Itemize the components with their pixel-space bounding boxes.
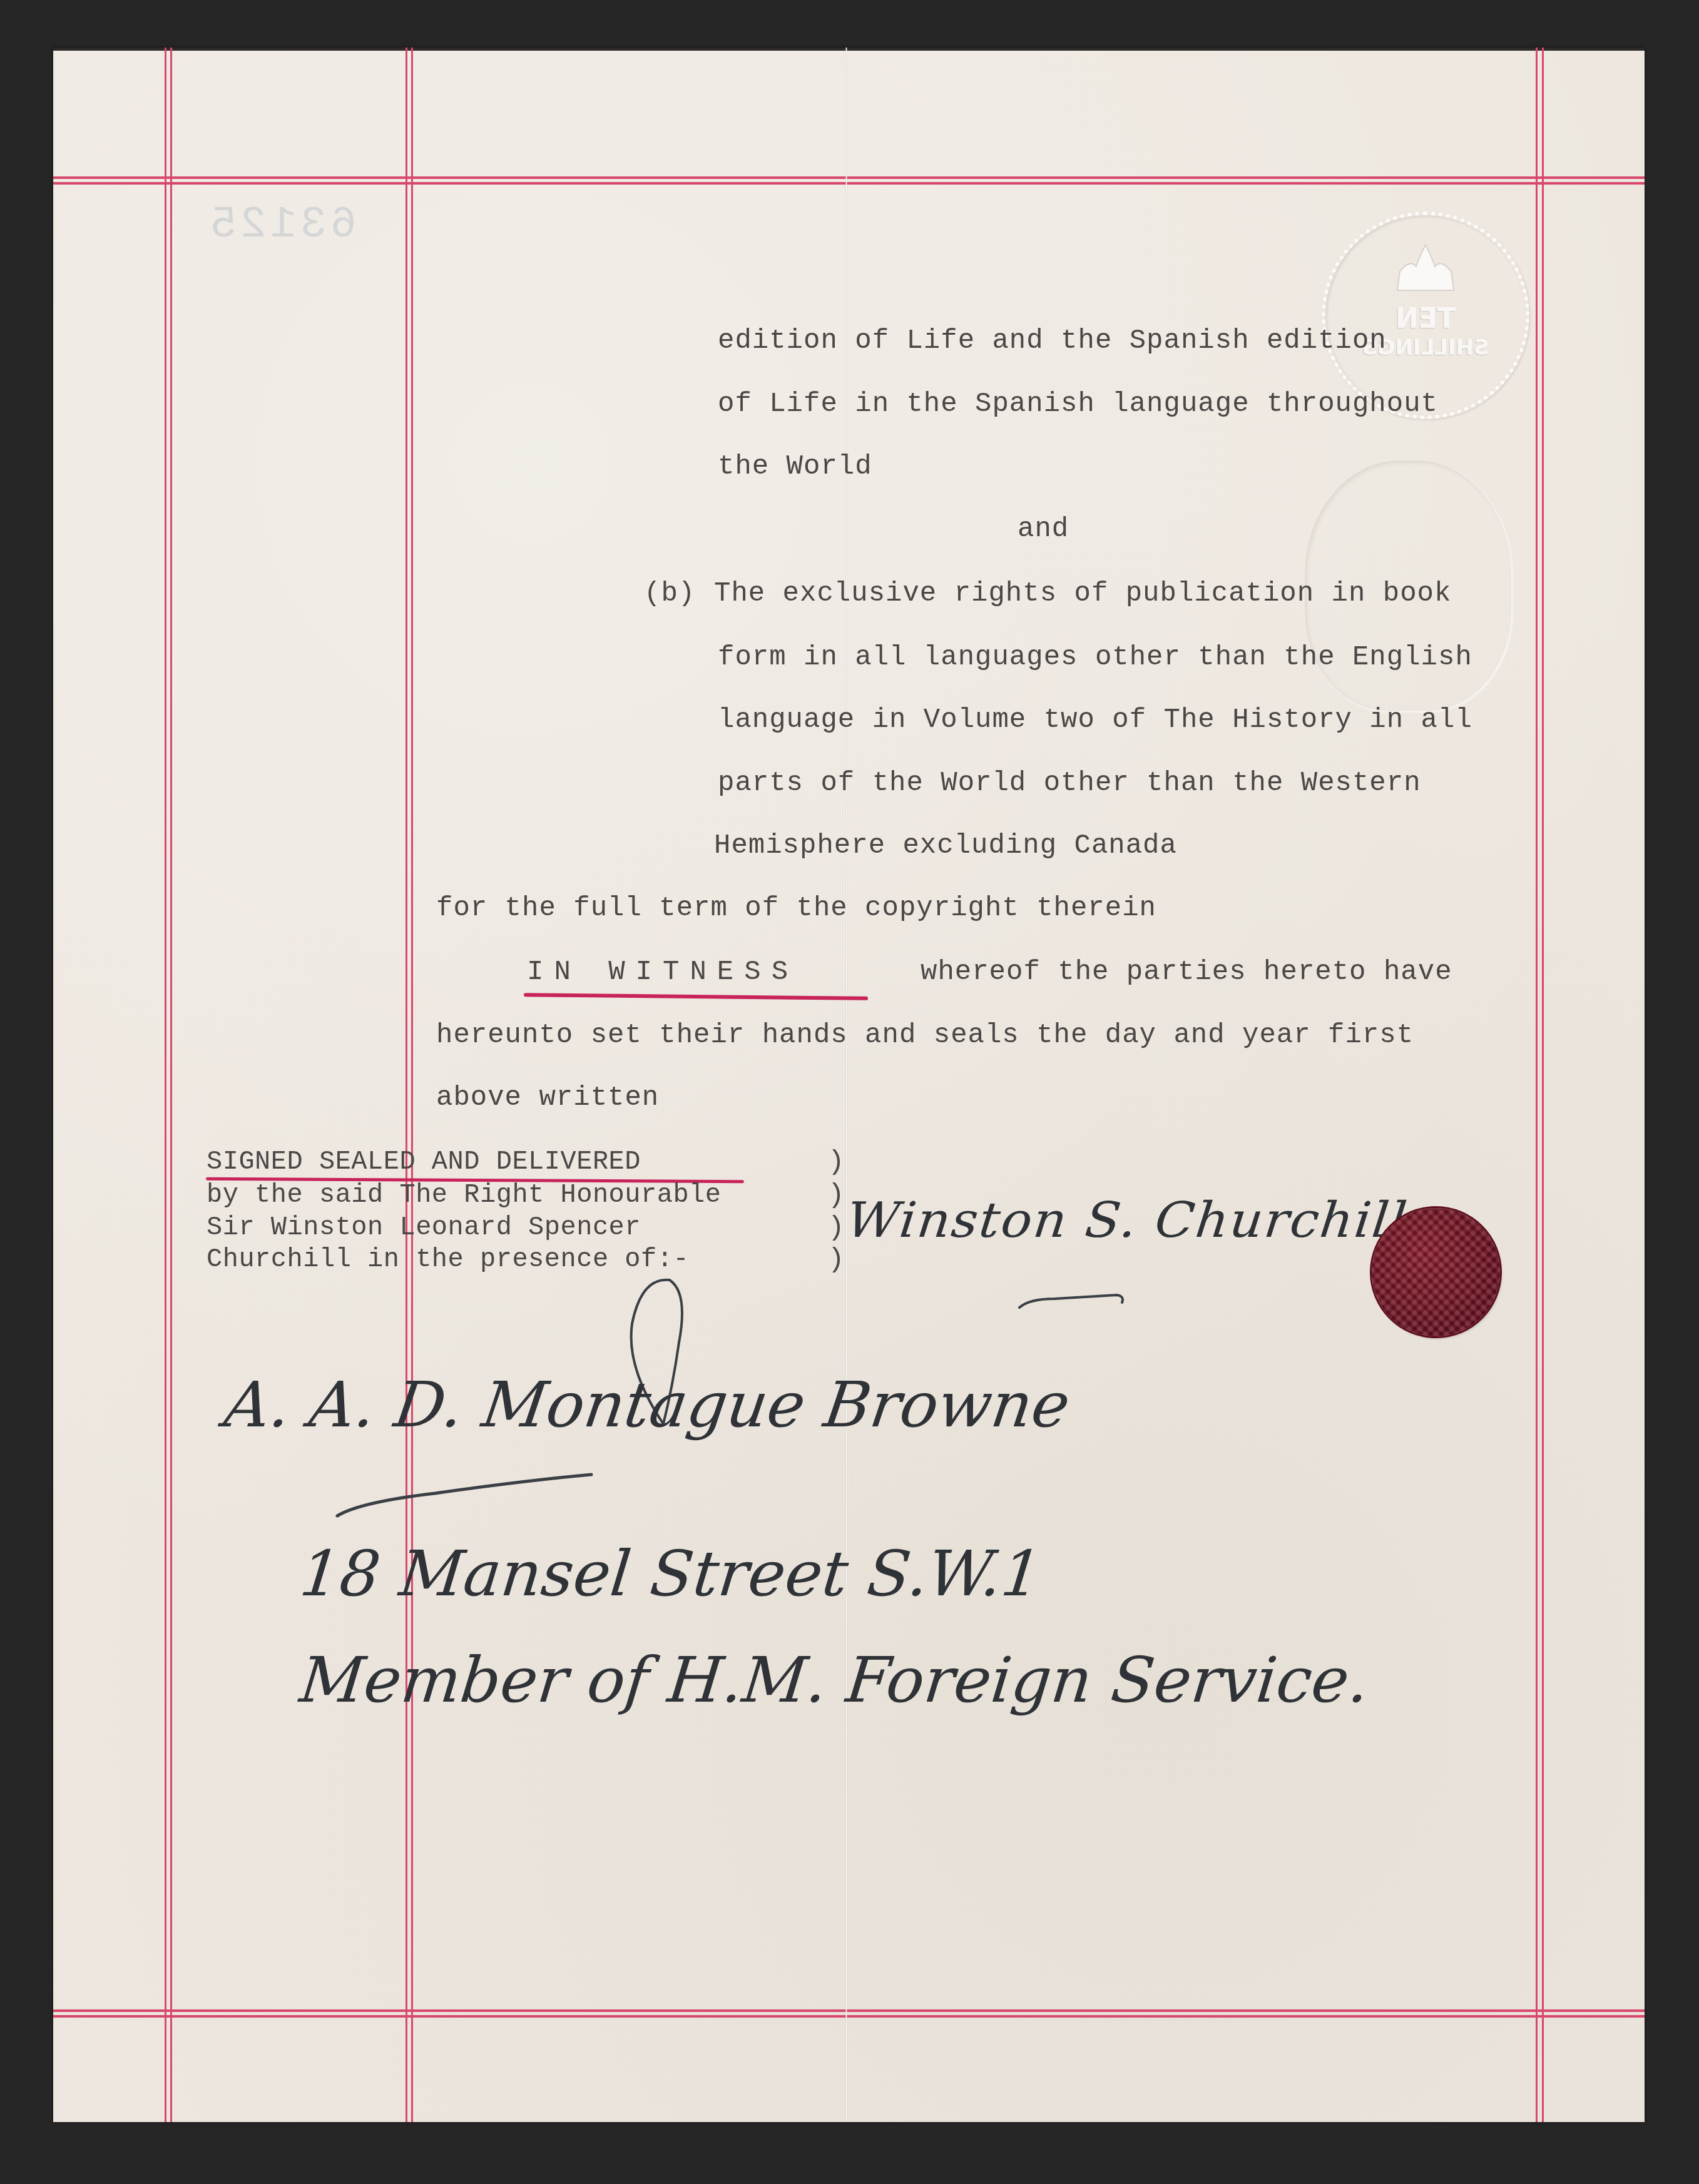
margin-rule-bottom-1 [53,2009,1645,2012]
crown-icon [1391,240,1460,297]
clause-b-line-4: parts of the World other than the Wester… [718,769,1421,797]
term-line: for the full term of the copyright there… [436,895,1156,922]
clause-b-marker: (b) [644,580,695,607]
clause-a-line-3: the World [718,453,872,480]
witness-line-2: hereunto set their hands and seals the d… [436,1022,1414,1049]
in-witness-underline [524,993,868,1000]
execution-line-3: Sir Winston Leonard Spencer [207,1214,641,1241]
margin-rule-left-1 [165,48,166,2122]
margin-rule-inner-2 [411,48,413,2122]
clause-a-line-2: of Life in the Spanish language througho… [718,390,1438,418]
margin-rule-right-1 [1536,48,1538,2122]
margin-rule-top-1 [53,176,1645,179]
margin-rule-bottom-2 [53,2015,1645,2018]
wax-seal [1372,1208,1500,1336]
witness-signature-underline [335,1471,598,1521]
churchill-signature: Winston S. Churchill [844,1196,1411,1245]
bracket-1: ) [828,1149,844,1176]
signature-flourish [1017,1293,1155,1311]
margin-rule-top-2 [53,182,1645,185]
witness-line-1: whereof the parties hereto have [921,958,1452,986]
bracket-3: ) [828,1214,844,1242]
margin-rule-left-2 [170,48,172,2122]
bracket-4: ) [828,1246,844,1274]
execution-line-4: Churchill in the presence of:- [207,1246,689,1272]
witness-address: 18 Mansel Street S.W.1 [297,1543,1044,1605]
clause-b-line-5: Hemisphere excluding Canada [714,832,1177,860]
bracket-2: ) [828,1182,844,1209]
clause-b-line-1: The exclusive rights of publication in b… [714,580,1451,607]
paper-top-edge [53,48,1645,51]
margin-rule-right-2 [1542,48,1544,2122]
document-page: 63125 TEN SHILLINGS edition of Life and … [53,48,1645,2122]
execution-line-1: SIGNED SEALED AND DELIVERED [207,1149,641,1175]
clause-a-line-1: edition of Life and the Spanish edition [718,327,1387,355]
clause-b-line-2: form in all languages other than the Eng… [718,644,1472,671]
clause-b-line-3: language in Volume two of The History in… [718,706,1472,734]
clause-connector: and [1018,516,1069,543]
witness-line-3: above written [436,1084,659,1112]
witness-signature: A. A. D. Montague Browne [221,1374,1074,1436]
fold-crease [845,48,847,2122]
in-witness-heading: IN WITNESS [527,958,798,986]
margin-rule-inner-1 [406,48,407,2122]
execution-line-2: by the said The Right Honourable [207,1182,722,1208]
show-through-number: 63125 [207,201,357,250]
witness-occupation: Member of H.M. Foreign Service. [297,1649,1372,1712]
